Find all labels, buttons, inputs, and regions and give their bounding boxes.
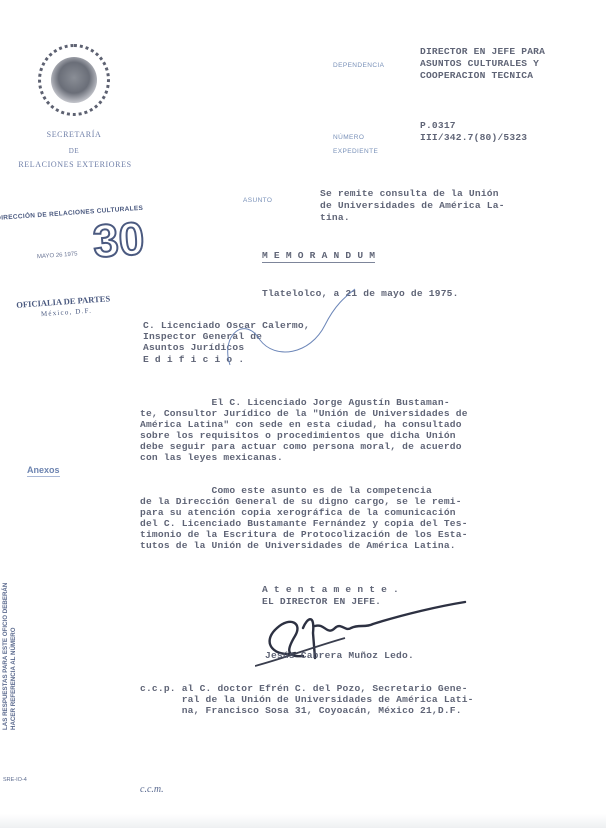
page-edge bbox=[0, 814, 606, 828]
body-line: del C. Licenciado Bustamante Fernández y… bbox=[140, 518, 468, 529]
asunto-line2: de Universidades de América La- bbox=[320, 200, 505, 211]
margin-note: Las respuestas para este oficio deberán … bbox=[2, 530, 18, 730]
body-line: te, Consultor Jurídico de la "Unión de U… bbox=[140, 408, 468, 419]
body-paragraph-2: Como este asunto es de la competencia de… bbox=[140, 485, 468, 551]
stamp-number: 30 bbox=[91, 215, 145, 264]
margin-note-line: hacer referencia al número bbox=[10, 530, 18, 730]
body-line: debe seguir para actuar como persona mor… bbox=[140, 441, 468, 452]
expediente-value: III/342.7(80)/5323 bbox=[420, 132, 527, 143]
body-line: El C. Licenciado Jorge Agustín Bustaman- bbox=[140, 397, 468, 408]
org-name-line1: Secretaría bbox=[44, 130, 104, 139]
document-page: Secretaría de Relaciones Exteriores Depe… bbox=[0, 0, 606, 828]
annex-label: Anexos bbox=[27, 465, 60, 477]
document-title: M E M O R A N D U M bbox=[262, 250, 375, 263]
body-line: América Latina" con sede en esta ciudad,… bbox=[140, 419, 468, 430]
cc-line: c.c.p. al C. doctor Efrén C. del Pozo, S… bbox=[140, 683, 474, 694]
coat-of-arms-icon bbox=[38, 44, 110, 116]
body-line: de la Dirección General de su digno carg… bbox=[140, 496, 468, 507]
numero-label: Número bbox=[333, 134, 364, 141]
dependencia-label: Dependencia bbox=[333, 62, 384, 69]
cc-block: c.c.p. al C. doctor Efrén C. del Pozo, S… bbox=[140, 683, 474, 716]
body-line: con las leyes mexicanas. bbox=[140, 452, 468, 463]
stamp-date: MAYO 26 1975 bbox=[37, 251, 78, 260]
dependencia-line3: COOPERACION TECNICA bbox=[420, 70, 533, 81]
receipt-stamp: Dirección de Relaciones Culturales 30 MA… bbox=[0, 205, 144, 334]
dependencia-line2: ASUNTOS CULTURALES Y bbox=[420, 58, 539, 69]
body-line: timonio de la Escritura de Protocolizaci… bbox=[140, 529, 468, 540]
signer-name: Jesús Cabrera Muñoz Ledo. bbox=[265, 650, 414, 661]
body-line: tutos de la Unión de Universidades de Am… bbox=[140, 540, 468, 551]
asunto-line1: Se remite consulta de la Unión bbox=[320, 188, 499, 199]
asunto-label: Asunto bbox=[243, 197, 272, 204]
asunto-line3: tina. bbox=[320, 212, 350, 223]
typist-initials: c.c.m. bbox=[140, 784, 164, 795]
cc-line: ral de la Unión de Universidades de Amér… bbox=[140, 694, 474, 705]
org-name-line3: Relaciones Exteriores bbox=[5, 160, 145, 169]
stamp-city: México, D.F. bbox=[41, 307, 93, 319]
form-code: SRE-IO-4 bbox=[3, 777, 27, 783]
dependencia-line1: DIRECTOR EN JEFE PARA bbox=[420, 46, 545, 57]
body-line: para su atención copia xerográfica de la… bbox=[140, 507, 468, 518]
pen-mark bbox=[160, 285, 360, 375]
body-line: Como este asunto es de la competencia bbox=[140, 485, 468, 496]
numero-value: P.0317 bbox=[420, 120, 456, 131]
body-paragraph-1: El C. Licenciado Jorge Agustín Bustaman-… bbox=[140, 397, 468, 463]
cc-line: na, Francisco Sosa 31, Coyoacán, México … bbox=[140, 705, 474, 716]
margin-note-line: Las respuestas para este oficio deberán bbox=[2, 530, 10, 730]
closing-salutation: A t e n t a m e n t e . bbox=[262, 584, 399, 595]
expediente-label: Expediente bbox=[333, 148, 378, 155]
org-name-line2: de bbox=[44, 147, 104, 155]
body-line: sobre los requisitos o procedimientos qu… bbox=[140, 430, 468, 441]
stamp-office: Oficialia de Partes bbox=[16, 293, 110, 310]
